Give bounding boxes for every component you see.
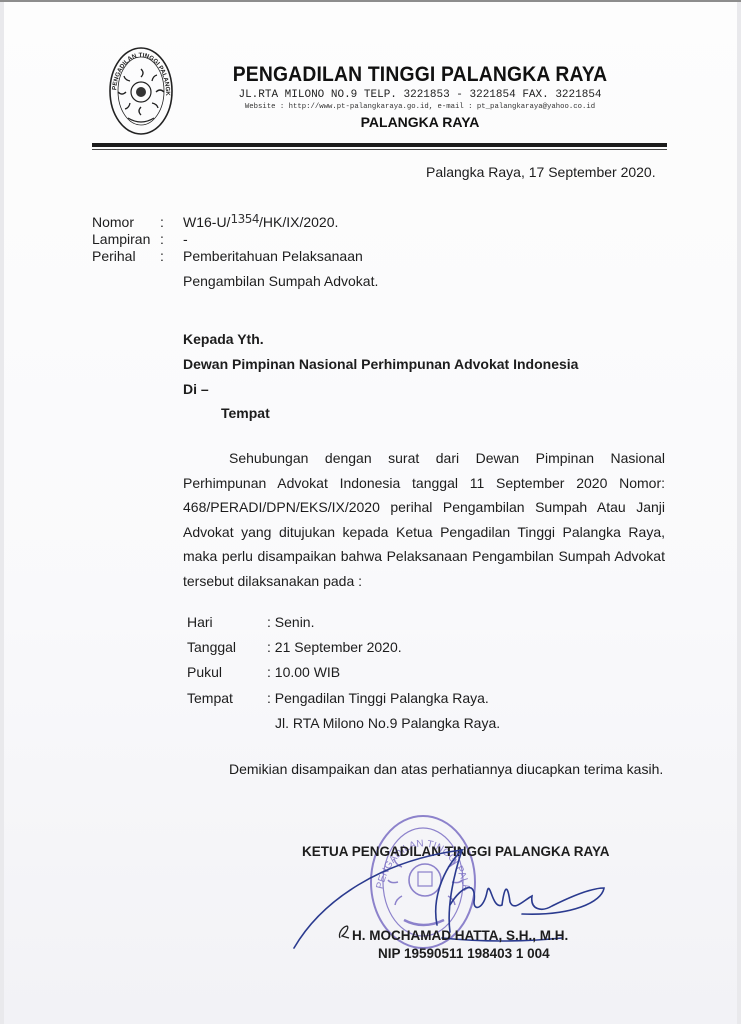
nomor-label: Nomor	[92, 214, 134, 231]
letterhead-rule-thin	[92, 149, 667, 150]
recipient-di: Di –	[183, 381, 209, 398]
nomor-suffix: /HK/IX/2020.	[259, 214, 338, 230]
perihal-line-1: Pemberitahuan Pelaksanaan	[183, 248, 363, 265]
detail-value: : 10.00 WIB	[267, 664, 340, 681]
body-paragraph-text: Sehubungan dengan surat dari Dewan Pimpi…	[183, 450, 665, 589]
lampiran-value: -	[183, 231, 188, 248]
recipient-place: Tempat	[221, 405, 270, 422]
institution-address: JL.RTA MILONO NO.9 TELP. 3221853 - 32218…	[150, 89, 690, 101]
closing-paragraph: Demikian disampaikan dan atas perhatiann…	[183, 756, 665, 782]
lampiran-colon: :	[160, 231, 164, 248]
detail-value: : Pengadilan Tinggi Palangka Raya.	[267, 690, 489, 707]
institution-city: PALANGKA RAYA	[150, 114, 690, 130]
detail-label: Hari	[187, 614, 213, 631]
institution-name: PENGADILAN TINGGI PALANGKA RAYA	[172, 63, 669, 87]
nomor-value: W16-U/1354/HK/IX/2020.	[183, 214, 338, 232]
signatory-nip: NIP 19590511 198403 1 004	[378, 945, 550, 962]
body-paragraph: Sehubungan dengan surat dari Dewan Pimpi…	[183, 446, 665, 593]
letterhead-rule-thick	[92, 143, 667, 147]
detail-label: Tempat	[187, 690, 233, 707]
detail-value: : 21 September 2020.	[267, 639, 402, 656]
nomor-prefix: W16-U/	[183, 214, 230, 230]
nomor-colon: :	[160, 214, 164, 231]
signatory-name: H. MOCHAMAD HATTA, S.H., M.H.	[352, 927, 568, 944]
perihal-colon: :	[160, 248, 164, 265]
recipient-name: Dewan Pimpinan Nasional Perhimpunan Advo…	[183, 356, 578, 373]
lampiran-label: Lampiran	[92, 231, 150, 248]
perihal-line-2: Pengambilan Sumpah Advokat.	[183, 273, 378, 290]
recipient-salutation: Kepada Yth.	[183, 331, 264, 348]
perihal-label: Perihal	[92, 248, 136, 265]
letter-date: Palangka Raya, 17 September 2020.	[426, 164, 656, 181]
detail-value: : Senin.	[267, 614, 314, 631]
institution-website: Website : http://www.pt-palangkaraya.go.…	[150, 103, 690, 111]
detail-value: Jl. RTA Milono No.9 Palangka Raya.	[275, 715, 500, 732]
initial-mark-icon	[337, 924, 351, 940]
nomor-handwritten: 1354	[230, 212, 259, 226]
detail-label: Pukul	[187, 664, 222, 681]
closing-text: Demikian disampaikan dan atas perhatiann…	[229, 761, 663, 777]
detail-label: Tanggal	[187, 639, 236, 656]
